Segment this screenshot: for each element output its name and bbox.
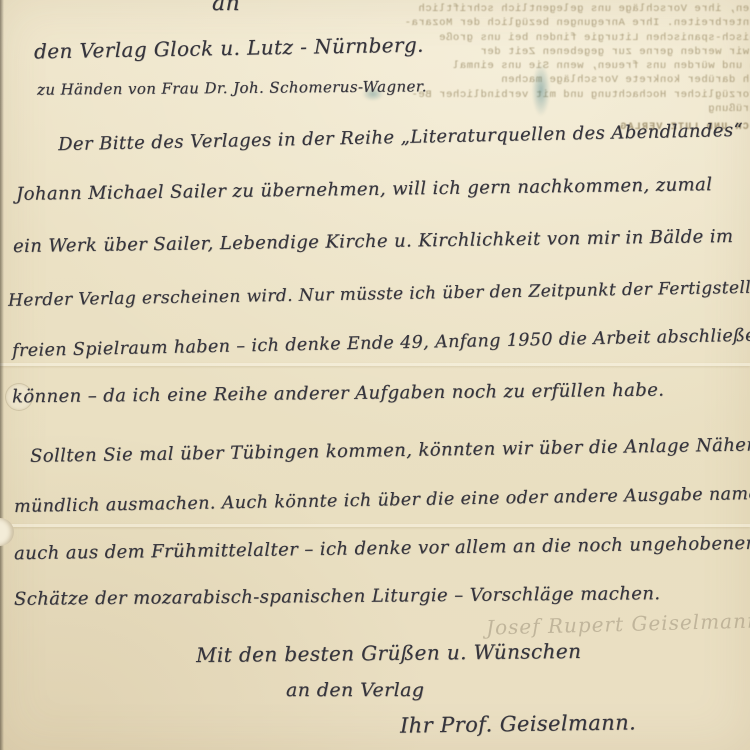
typed-bleedthrough-line: ch darüber konkrete Vorschläge machen bbox=[372, 73, 750, 87]
body-line: freien Spielraum haben – ich denke Ende … bbox=[12, 325, 750, 361]
typed-bleedthrough-line: grüßung bbox=[372, 102, 750, 116]
body-line: können – da ich eine Reihe anderer Aufga… bbox=[12, 380, 665, 408]
body-line: Herder Verlag erscheinen wird. Nur müsst… bbox=[8, 277, 750, 311]
page-edge-shadow bbox=[0, 0, 4, 750]
typed-bleedthrough-line: n und würden uns freuen, wenn Sie uns ei… bbox=[372, 59, 750, 73]
ink-smudge-streak bbox=[532, 64, 550, 116]
closing-line-2: an den Verlag bbox=[286, 679, 424, 701]
body-line: Johann Michael Sailer zu übernehmen, wil… bbox=[16, 174, 713, 205]
body-line: ein Werk über Sailer, Lebendige Kirche u… bbox=[13, 226, 734, 257]
letter-scan-page: sen, ihre Vorschläge uns gelegentlich sc… bbox=[0, 0, 750, 750]
recipient-line: den Verlag Glock u. Lutz - Nürnberg. bbox=[34, 33, 424, 64]
body-line: Schätze der mozarabisch-spanischen Litur… bbox=[14, 583, 661, 610]
attention-line: zu Händen von Frau Dr. Joh. Schomerus-Wa… bbox=[37, 77, 427, 98]
typed-bleedthrough-line: ,wir werden gerne zur gegebenen Zeit der bbox=[372, 45, 750, 59]
signature-line: Ihr Prof. Geiselmann. bbox=[400, 710, 636, 737]
closing-line-1: Mit den besten Grüßen u. Wünschen bbox=[196, 639, 582, 667]
body-line: Sollten Sie mal über Tübingen kommen, kö… bbox=[30, 434, 750, 467]
fold-crease-upper bbox=[0, 363, 750, 366]
body-line: auch aus dem Frühmittelalter – ich denke… bbox=[14, 533, 750, 564]
punch-hole-notch bbox=[0, 518, 14, 546]
fold-crease-lower bbox=[0, 524, 750, 527]
typed-bleedthrough-line: unterbreiten. Ihre Anregungen bezüglich … bbox=[372, 16, 750, 30]
salutation-an: an bbox=[212, 0, 240, 16]
typed-bleedthrough-line: vorzüglicher Hochachtung und mit verbind… bbox=[372, 88, 750, 102]
typed-bleedthrough-line: sen, ihre Vorschläge uns gelegentlich sc… bbox=[372, 2, 750, 16]
typed-bleedthrough-line: bisch-spanischen Liturgie finden bei uns… bbox=[372, 31, 750, 45]
body-line: mündlich ausmachen. Auch könnte ich über… bbox=[14, 483, 750, 517]
pencil-ghost-note: Josef Rupert Geiselmann bbox=[486, 608, 750, 639]
